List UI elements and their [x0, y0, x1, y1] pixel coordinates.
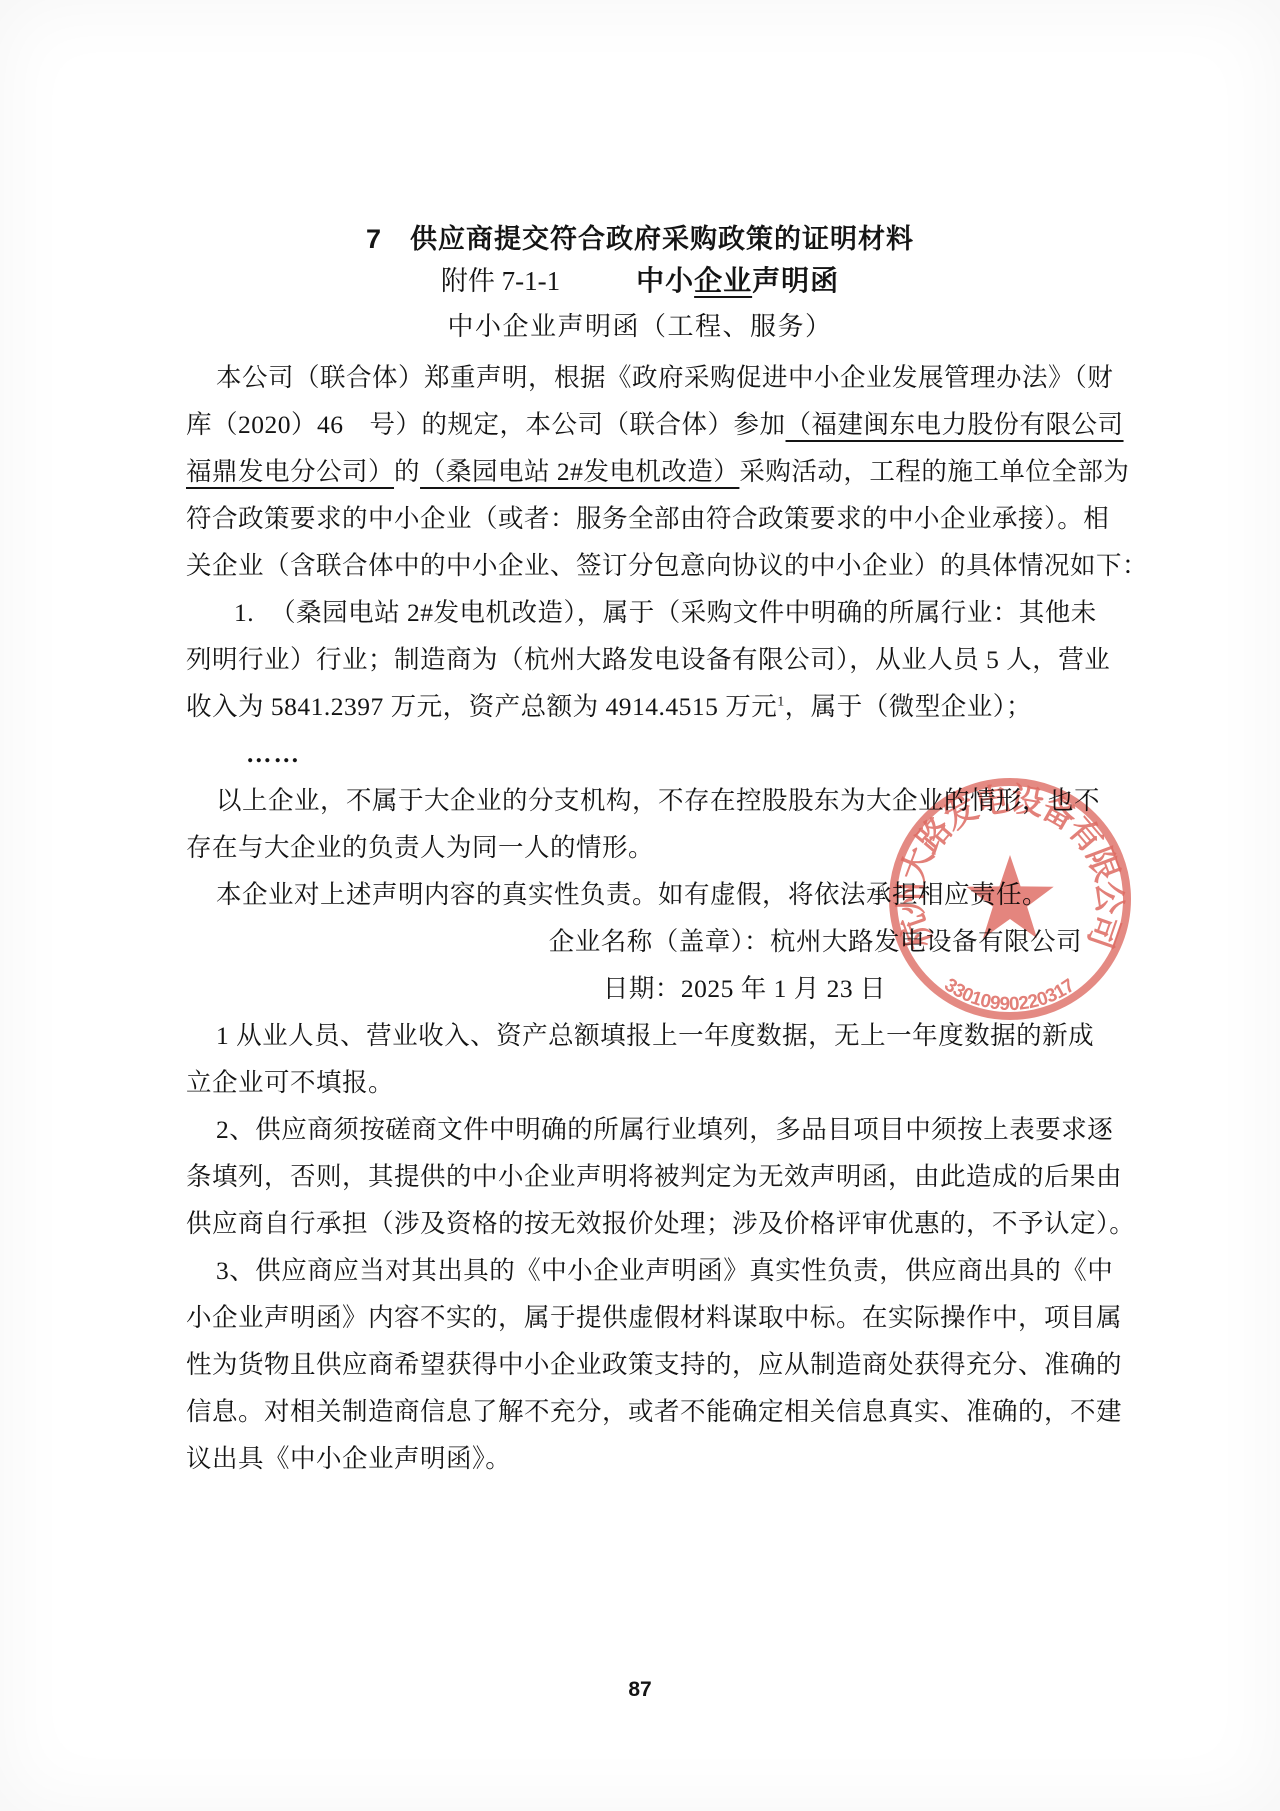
- attachment-title-post: 声明函: [752, 265, 839, 296]
- purchaser-name-underlined: （福建闽东电力股份有限公司: [786, 410, 1124, 439]
- note3-line-1: 3、供应商应当对其出具的《中小企业声明函》真实性负责，供应商出具的《中: [186, 1247, 1112, 1294]
- purchaser-branch-underlined: 福鼎发电分公司）: [186, 457, 394, 486]
- item1-line-3: 收入为 5841.2397 万元，资产总额为 4914.4515 万元1，属于（…: [186, 683, 1112, 730]
- document-page: 7 供应商提交符合政府采购政策的证明材料 附件 7-1-1 中小企业声明函 中小…: [0, 0, 1280, 1811]
- attachment-title: 中小企业声明函: [636, 262, 839, 300]
- note2-line-3: 供应商自行承担（涉及资格的按无效报价处理；涉及价格评审优惠的，不予认定）。: [186, 1200, 1112, 1247]
- note3-line-3: 性为货物且供应商希望获得中小企业政策支持的，应从制造商处获得充分、准确的: [186, 1341, 1112, 1388]
- declaration-line-3-rest: 采购活动，工程的施工单位全部为: [739, 457, 1129, 486]
- note3-line-5: 议出具《中小企业声明函》。: [186, 1435, 1112, 1482]
- section-title: 7 供应商提交符合政府采购政策的证明材料: [0, 220, 1280, 258]
- document-body: 本公司（联合体）郑重声明，根据《政府采购促进中小企业发展管理办法》（财 库（20…: [186, 354, 1112, 1482]
- page-number: 87: [0, 1678, 1280, 1702]
- note2-line-2: 条填列，否则，其提供的中小企业声明将被判定为无效声明函，由此造成的后果由: [186, 1153, 1112, 1200]
- declaration-line-1: 本公司（联合体）郑重声明，根据《政府采购促进中小企业发展管理办法》（财: [186, 354, 1112, 401]
- attachment-title-underlined: 企业: [694, 265, 752, 296]
- item1-number: 1.: [210, 589, 254, 636]
- item1-line-2: 列明行业）行业；制造商为（杭州大路发电设备有限公司），从业人员 5 人，营业: [186, 636, 1112, 683]
- form-subtitle: 中小企业声明函（工程、服务）: [0, 308, 1280, 346]
- item1-line-1: 1.（桑园电站 2#发电机改造），属于（采购文件中明确的所属行业：其他未: [186, 589, 1112, 636]
- statement-line-2: 存在与大企业的负责人为同一人的情形。: [186, 824, 1112, 871]
- statement-line-3: 本企业对上述声明内容的真实性负责。如有虚假，将依法承担相应责任。: [186, 871, 1112, 918]
- ellipsis-line: ……: [186, 730, 1112, 777]
- declaration-line-3: 福鼎发电分公司）的（桑园电站 2#发电机改造）采购活动，工程的施工单位全部为: [186, 448, 1112, 495]
- item1-line-3-text: 收入为 5841.2397 万元，资产总额为 4914.4515 万元: [186, 692, 777, 721]
- declaration-line-5: 关企业（含联合体中的中小企业、签订分包意向协议的中小企业）的具体情况如下：: [186, 542, 1112, 589]
- attachment-title-pre: 中小: [636, 265, 694, 296]
- item1-line-3-rest: ，属于（微型企业）；: [785, 692, 1032, 721]
- note2-line-1: 2、供应商须按磋商文件中明确的所属行业填列，多品目项目中须按上表要求逐: [186, 1106, 1112, 1153]
- declaration-line-3-mid: 的: [394, 457, 420, 486]
- declaration-line-2-text: 库（2020）46 号）的规定，本公司（联合体）参加: [186, 410, 786, 439]
- attachment-label: 附件 7-1-1: [441, 262, 560, 300]
- signature-company-line: 企业名称（盖章）：杭州大路发电设备有限公司: [186, 918, 1112, 965]
- footnote-line-1: 1 从业人员、营业收入、资产总额填报上一年度数据，无上一年度数据的新成: [186, 1012, 1112, 1059]
- footnote-reference-1: 1: [777, 695, 785, 710]
- note3-line-2: 小企业声明函》内容不实的，属于提供虚假材料谋取中标。在实际操作中，项目属: [186, 1294, 1112, 1341]
- signature-date-line: 日期：2025 年 1 月 23 日: [186, 965, 1112, 1012]
- note3-line-4: 信息。对相关制造商信息了解不充分，或者不能确定相关信息真实、准确的，不建: [186, 1388, 1112, 1435]
- project-name-underlined: （桑园电站 2#发电机改造）: [420, 457, 739, 486]
- attachment-heading: 附件 7-1-1 中小企业声明函: [0, 262, 1280, 300]
- declaration-line-4: 符合政策要求的中小企业（或者：服务全部由符合政策要求的中小企业承接）。相: [186, 495, 1112, 542]
- footnote-line-2: 立企业可不填报。: [186, 1059, 1112, 1106]
- statement-line-1: 以上企业，不属于大企业的分支机构，不存在控股股东为大企业的情形，也不: [186, 777, 1112, 824]
- declaration-line-2: 库（2020）46 号）的规定，本公司（联合体）参加（福建闽东电力股份有限公司: [186, 401, 1112, 448]
- item1-line-1-text: （桑园电站 2#发电机改造），属于（采购文件中明确的所属行业：其他未: [270, 598, 1097, 627]
